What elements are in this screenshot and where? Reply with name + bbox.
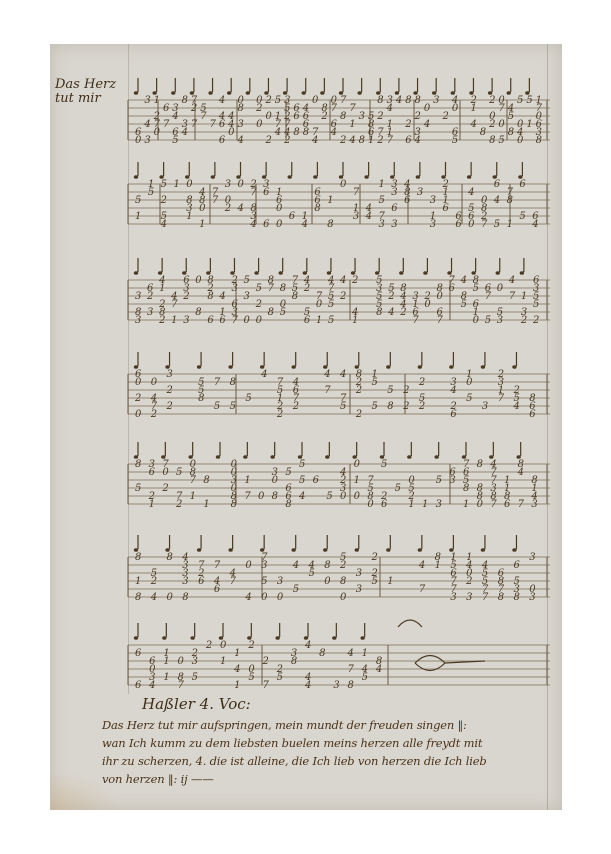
svg-text:2: 2 (376, 111, 383, 122)
svg-text:3: 3 (261, 560, 267, 571)
svg-text:0: 0 (220, 640, 227, 651)
svg-text:3: 3 (378, 219, 384, 230)
svg-text:2: 2 (292, 401, 299, 412)
svg-text:7: 7 (509, 291, 516, 302)
svg-text:1: 1 (362, 648, 368, 659)
svg-text:4: 4 (517, 467, 524, 478)
svg-text:4: 4 (171, 111, 178, 122)
svg-text:4: 4 (323, 369, 330, 380)
svg-text:6: 6 (381, 499, 388, 510)
svg-text:4: 4 (339, 275, 346, 286)
svg-text:4: 4 (508, 275, 515, 286)
svg-text:7: 7 (348, 664, 355, 675)
svg-text:2: 2 (402, 385, 409, 396)
svg-text:3: 3 (391, 219, 397, 230)
svg-text:7: 7 (263, 680, 270, 691)
svg-text:2: 2 (371, 552, 378, 563)
svg-text:4: 4 (469, 119, 476, 130)
svg-text:7: 7 (190, 475, 197, 486)
svg-text:0: 0 (265, 111, 272, 122)
svg-text:3: 3 (430, 219, 436, 230)
svg-text:4: 4 (244, 592, 251, 603)
svg-text:0: 0 (228, 127, 235, 138)
svg-text:5: 5 (517, 95, 523, 106)
svg-text:0: 0 (340, 491, 347, 502)
svg-text:0: 0 (261, 592, 268, 603)
svg-text:3: 3 (529, 592, 535, 603)
svg-text:3: 3 (430, 195, 436, 206)
svg-text:4: 4 (460, 275, 467, 286)
svg-text:7: 7 (387, 135, 394, 146)
svg-text:4: 4 (347, 648, 354, 659)
svg-text:8: 8 (376, 307, 382, 318)
svg-text:2: 2 (442, 111, 449, 122)
svg-text:8: 8 (167, 552, 173, 563)
svg-text:8: 8 (536, 135, 542, 146)
svg-text:0: 0 (167, 592, 174, 603)
svg-text:8: 8 (340, 111, 346, 122)
svg-text:8: 8 (480, 127, 486, 138)
svg-text:1: 1 (190, 491, 196, 502)
svg-text:7: 7 (163, 119, 170, 130)
svg-text:5: 5 (248, 672, 254, 683)
svg-text:7: 7 (498, 393, 505, 404)
svg-text:8: 8 (268, 307, 274, 318)
svg-text:0: 0 (354, 491, 361, 502)
svg-text:6: 6 (405, 135, 412, 146)
svg-text:2: 2 (175, 499, 182, 510)
svg-text:0: 0 (256, 119, 263, 130)
svg-text:1: 1 (422, 499, 428, 510)
svg-text:5: 5 (328, 299, 334, 310)
svg-text:1: 1 (163, 656, 169, 667)
svg-text:7: 7 (230, 576, 237, 587)
svg-text:0: 0 (244, 315, 251, 326)
svg-text:5: 5 (452, 135, 458, 146)
svg-text:0: 0 (312, 95, 319, 106)
svg-text:5: 5 (299, 475, 305, 486)
svg-text:2: 2 (190, 103, 197, 114)
svg-text:7: 7 (250, 187, 257, 198)
svg-text:2: 2 (134, 393, 141, 404)
svg-text:4: 4 (304, 640, 311, 651)
svg-text:0: 0 (473, 315, 480, 326)
svg-text:1: 1 (234, 648, 240, 659)
svg-text:2: 2 (150, 576, 157, 587)
svg-text:4: 4 (348, 135, 355, 146)
svg-text:3: 3 (167, 369, 173, 380)
svg-text:1: 1 (349, 119, 355, 130)
svg-text:8: 8 (280, 283, 286, 294)
svg-text:4: 4 (218, 291, 225, 302)
svg-text:4: 4 (292, 560, 299, 571)
svg-text:3: 3 (450, 592, 456, 603)
svg-text:5: 5 (245, 393, 251, 404)
svg-text:0: 0 (316, 299, 323, 310)
svg-text:2: 2 (224, 203, 231, 214)
svg-text:2: 2 (276, 409, 283, 420)
svg-text:5: 5 (277, 672, 283, 683)
svg-text:5: 5 (436, 475, 442, 486)
svg-text:8: 8 (231, 499, 237, 510)
svg-text:8: 8 (348, 680, 354, 691)
svg-text:5: 5 (176, 467, 182, 478)
svg-text:6: 6 (207, 315, 214, 326)
svg-text:7: 7 (436, 315, 443, 326)
svg-text:5: 5 (473, 283, 479, 294)
svg-text:8: 8 (513, 592, 519, 603)
svg-text:5: 5 (485, 315, 491, 326)
svg-text:7: 7 (353, 187, 360, 198)
svg-text:0: 0 (258, 491, 265, 502)
svg-text:1: 1 (163, 672, 169, 683)
svg-text:0: 0 (498, 119, 505, 130)
svg-text:8: 8 (405, 95, 411, 106)
svg-text:8: 8 (314, 203, 320, 214)
svg-text:7: 7 (482, 592, 489, 603)
svg-text:4: 4 (311, 135, 318, 146)
svg-text:1: 1 (327, 195, 333, 206)
svg-text:4: 4 (375, 664, 382, 675)
svg-text:1: 1 (135, 576, 141, 587)
svg-text:3: 3 (391, 187, 397, 198)
svg-text:8: 8 (377, 95, 383, 106)
svg-text:1: 1 (470, 103, 476, 114)
svg-text:2: 2 (387, 291, 394, 302)
svg-text:7: 7 (490, 499, 497, 510)
svg-text:3: 3 (353, 211, 359, 222)
svg-text:2: 2 (283, 135, 290, 146)
svg-text:0: 0 (277, 592, 284, 603)
svg-text:8: 8 (415, 95, 421, 106)
svg-text:3: 3 (356, 584, 362, 595)
svg-text:2: 2 (255, 103, 262, 114)
svg-text:1: 1 (234, 680, 240, 691)
svg-text:2: 2 (418, 401, 425, 412)
tablature-system: 5115525410831480177302042783436616006146… (128, 162, 550, 230)
svg-text:6: 6 (443, 203, 450, 214)
svg-text:8: 8 (207, 291, 213, 302)
svg-text:3: 3 (225, 179, 231, 190)
svg-text:7: 7 (324, 385, 331, 396)
svg-text:1: 1 (526, 119, 532, 130)
svg-text:0: 0 (256, 315, 263, 326)
svg-text:4: 4 (304, 680, 311, 691)
svg-text:3: 3 (147, 307, 153, 318)
svg-text:4: 4 (386, 103, 393, 114)
svg-text:0: 0 (151, 377, 158, 388)
svg-text:5: 5 (214, 401, 220, 412)
svg-text:4: 4 (365, 211, 372, 222)
svg-text:0: 0 (497, 283, 504, 294)
svg-text:0: 0 (354, 459, 361, 470)
svg-text:8: 8 (463, 483, 469, 494)
svg-text:2: 2 (488, 119, 495, 130)
svg-text:1: 1 (154, 95, 160, 106)
svg-text:4: 4 (467, 187, 474, 198)
svg-text:3: 3 (433, 95, 439, 106)
svg-text:2: 2 (166, 385, 173, 396)
svg-text:1: 1 (171, 315, 177, 326)
svg-text:8: 8 (135, 592, 141, 603)
svg-text:7: 7 (349, 103, 356, 114)
svg-text:3: 3 (144, 135, 150, 146)
svg-text:2: 2 (255, 299, 262, 310)
svg-text:8: 8 (387, 401, 393, 412)
svg-text:8: 8 (272, 491, 278, 502)
svg-text:0: 0 (195, 275, 202, 286)
svg-text:2: 2 (355, 385, 362, 396)
lyrics-text: Das Herz tut mir aufspringen, mein mundt… (102, 716, 562, 788)
svg-text:5: 5 (533, 299, 539, 310)
svg-text:7: 7 (518, 499, 525, 510)
svg-text:0: 0 (276, 219, 283, 230)
svg-text:8: 8 (507, 195, 513, 206)
svg-text:4: 4 (249, 219, 256, 230)
svg-text:2: 2 (339, 291, 346, 302)
svg-text:2: 2 (264, 95, 271, 106)
svg-text:1: 1 (203, 499, 209, 510)
svg-text:8: 8 (340, 576, 346, 587)
svg-text:0: 0 (178, 656, 185, 667)
svg-text:0: 0 (466, 377, 473, 388)
svg-text:2: 2 (414, 111, 421, 122)
svg-text:3: 3 (135, 291, 141, 302)
svg-text:8: 8 (508, 127, 514, 138)
svg-text:0: 0 (424, 103, 431, 114)
svg-text:6: 6 (263, 219, 270, 230)
svg-text:7: 7 (340, 95, 347, 106)
svg-text:2: 2 (158, 315, 165, 326)
svg-text:5: 5 (526, 95, 532, 106)
svg-text:0: 0 (468, 219, 475, 230)
svg-text:5: 5 (378, 195, 384, 206)
svg-text:8: 8 (477, 459, 483, 470)
svg-text:2: 2 (146, 291, 153, 302)
svg-text:6: 6 (163, 103, 170, 114)
svg-text:7: 7 (214, 377, 221, 388)
svg-text:3: 3 (144, 95, 150, 106)
svg-text:1: 1 (199, 219, 205, 230)
svg-text:1: 1 (378, 179, 384, 190)
svg-text:1: 1 (463, 499, 469, 510)
svg-text:4: 4 (274, 127, 281, 138)
svg-text:8: 8 (182, 592, 188, 603)
svg-text:4: 4 (301, 219, 308, 230)
svg-text:0: 0 (324, 576, 331, 587)
svg-text:8: 8 (327, 219, 333, 230)
svg-text:2: 2 (303, 283, 310, 294)
svg-text:5: 5 (508, 111, 514, 122)
svg-text:4: 4 (423, 119, 430, 130)
svg-text:2: 2 (399, 307, 406, 318)
svg-text:8: 8 (230, 377, 236, 388)
svg-text:8: 8 (303, 127, 309, 138)
svg-text:8: 8 (498, 592, 504, 603)
svg-text:5: 5 (340, 401, 346, 412)
svg-text:5: 5 (256, 283, 262, 294)
svg-text:3: 3 (531, 499, 537, 510)
svg-text:8: 8 (291, 656, 297, 667)
svg-text:2: 2 (376, 135, 383, 146)
svg-text:1: 1 (435, 560, 441, 571)
svg-text:7: 7 (200, 111, 207, 122)
svg-text:3: 3 (356, 568, 362, 579)
svg-text:7: 7 (481, 219, 488, 230)
svg-text:5: 5 (381, 459, 387, 470)
svg-text:6: 6 (214, 584, 221, 595)
svg-text:4: 4 (237, 203, 244, 214)
svg-text:3: 3 (231, 283, 237, 294)
svg-text:4: 4 (512, 401, 519, 412)
svg-text:5: 5 (372, 377, 378, 388)
svg-text:6: 6 (135, 680, 142, 691)
svg-text:4: 4 (150, 592, 157, 603)
svg-text:2: 2 (262, 656, 269, 667)
svg-text:5: 5 (293, 584, 299, 595)
svg-text:6: 6 (519, 179, 526, 190)
svg-text:7: 7 (171, 299, 178, 310)
svg-text:6: 6 (219, 119, 226, 130)
svg-text:5: 5 (135, 195, 141, 206)
svg-text:4: 4 (148, 680, 155, 691)
svg-text:6: 6 (135, 648, 142, 659)
svg-text:3: 3 (244, 291, 250, 302)
svg-text:6: 6 (293, 111, 300, 122)
svg-text:5: 5 (192, 672, 198, 683)
svg-text:0: 0 (436, 291, 443, 302)
svg-text:6: 6 (391, 203, 398, 214)
svg-text:2: 2 (150, 409, 157, 420)
svg-text:6: 6 (219, 315, 226, 326)
svg-text:0: 0 (199, 203, 206, 214)
svg-text:4: 4 (160, 219, 167, 230)
lyrics-line-2: wan Ich kumm zu dem liebsten buelen mein… (102, 734, 562, 752)
svg-text:2: 2 (488, 95, 495, 106)
svg-text:4: 4 (298, 491, 305, 502)
svg-text:5: 5 (285, 467, 291, 478)
svg-text:4: 4 (260, 369, 267, 380)
svg-text:0: 0 (154, 127, 161, 138)
svg-text:0: 0 (135, 135, 142, 146)
svg-text:1: 1 (354, 475, 360, 486)
svg-text:5: 5 (519, 211, 525, 222)
svg-text:7: 7 (419, 584, 426, 595)
svg-text:2: 2 (404, 119, 411, 130)
svg-text:2: 2 (264, 135, 271, 146)
svg-text:2: 2 (532, 315, 539, 326)
svg-text:5: 5 (244, 275, 250, 286)
svg-text:0: 0 (367, 499, 374, 510)
svg-text:1: 1 (149, 499, 155, 510)
svg-text:4: 4 (531, 219, 538, 230)
svg-text:6: 6 (198, 576, 205, 587)
svg-text:8: 8 (135, 552, 141, 563)
svg-text:5: 5 (362, 672, 368, 683)
svg-text:2: 2 (520, 315, 527, 326)
svg-text:3: 3 (417, 187, 423, 198)
svg-text:7: 7 (210, 119, 217, 130)
svg-text:4: 4 (237, 135, 244, 146)
svg-text:3: 3 (333, 680, 339, 691)
svg-text:6: 6 (289, 211, 296, 222)
svg-text:5: 5 (172, 135, 178, 146)
svg-text:3: 3 (436, 499, 442, 510)
svg-text:5: 5 (230, 401, 236, 412)
svg-text:2: 2 (465, 576, 472, 587)
svg-text:4: 4 (449, 385, 456, 396)
svg-text:1: 1 (521, 291, 527, 302)
svg-text:6: 6 (149, 467, 156, 478)
tablature-system: 6034312706734658347275774466440083402020… (128, 78, 550, 146)
svg-text:6: 6 (219, 135, 226, 146)
svg-text:0: 0 (135, 377, 142, 388)
svg-text:5: 5 (461, 299, 467, 310)
svg-text:1: 1 (387, 576, 393, 587)
svg-text:0: 0 (276, 203, 283, 214)
svg-text:1: 1 (135, 211, 141, 222)
svg-text:8: 8 (359, 135, 365, 146)
svg-text:7: 7 (178, 680, 185, 691)
svg-text:3: 3 (183, 315, 189, 326)
svg-text:8: 8 (238, 103, 244, 114)
svg-text:1: 1 (316, 315, 322, 326)
svg-text:3: 3 (192, 656, 198, 667)
svg-text:2: 2 (160, 195, 167, 206)
svg-text:5: 5 (326, 491, 332, 502)
svg-text:4: 4 (330, 127, 337, 138)
svg-text:4: 4 (493, 195, 500, 206)
svg-text:0: 0 (452, 103, 459, 114)
svg-text:4: 4 (233, 664, 240, 675)
svg-text:7: 7 (412, 315, 419, 326)
svg-text:3: 3 (466, 592, 472, 603)
svg-text:0: 0 (186, 179, 193, 190)
svg-text:5: 5 (494, 219, 500, 230)
svg-text:5: 5 (135, 483, 141, 494)
svg-text:3: 3 (182, 576, 188, 587)
svg-text:4: 4 (339, 369, 346, 380)
svg-text:0: 0 (517, 135, 524, 146)
svg-text:1: 1 (507, 219, 513, 230)
tablature-system: 6660341110872352011412052725384448347814… (128, 620, 550, 691)
svg-text:3: 3 (482, 401, 488, 412)
svg-text:2: 2 (402, 401, 409, 412)
svg-text:2: 2 (161, 483, 168, 494)
svg-text:7: 7 (498, 103, 505, 114)
svg-text:1: 1 (173, 179, 179, 190)
svg-text:3: 3 (277, 576, 283, 587)
svg-text:8: 8 (489, 135, 495, 146)
svg-text:0: 0 (477, 499, 484, 510)
svg-text:5: 5 (148, 187, 154, 198)
svg-text:5: 5 (498, 135, 504, 146)
svg-text:4: 4 (143, 119, 150, 130)
svg-text:8: 8 (324, 560, 330, 571)
svg-text:2: 2 (339, 560, 346, 571)
tablature-system: 6020047232255875855475122467247475822215… (128, 352, 550, 420)
svg-text:8: 8 (319, 648, 325, 659)
svg-text:6: 6 (455, 219, 462, 230)
svg-text:4: 4 (218, 95, 225, 106)
svg-text:7: 7 (214, 560, 221, 571)
svg-text:6: 6 (504, 499, 511, 510)
svg-text:8: 8 (293, 127, 299, 138)
svg-text:8: 8 (292, 291, 298, 302)
svg-text:0: 0 (162, 467, 169, 478)
tablature-system: 3836234128247163230882864162363753052087… (128, 258, 550, 326)
svg-text:6: 6 (529, 409, 536, 420)
